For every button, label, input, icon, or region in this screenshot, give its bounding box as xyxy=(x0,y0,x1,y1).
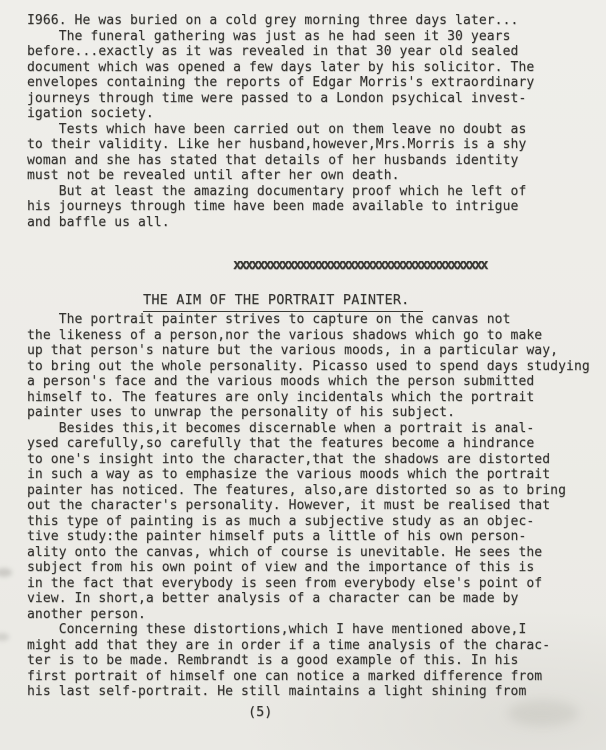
scan-smudge xyxy=(0,568,12,577)
scan-smudge xyxy=(0,633,9,641)
chain-divider-glyphs: xxxxxxxxxxxxxxxxxxxxxxxxxxxxxxxxxxxxxxxx… xyxy=(233,257,486,273)
page-number-text: (5) xyxy=(248,704,272,720)
section-heading: THE AIM OF THE PORTRAIT PAINTER. xyxy=(27,293,606,312)
document-page: I966. He was buried on a cold grey morni… xyxy=(0,0,606,750)
essay-section-text: The portrait painter strives to capture … xyxy=(27,312,606,700)
top-section-text: I966. He was buried on a cold grey morni… xyxy=(27,13,606,230)
section-heading-text: THE AIM OF THE PORTRAIT PAINTER. xyxy=(143,293,423,312)
page-number: (5) xyxy=(27,705,606,721)
chain-divider: xxxxxxxxxxxxxxxxxxxxxxxxxxxxxxxxxxxxxxxx… xyxy=(27,257,606,273)
